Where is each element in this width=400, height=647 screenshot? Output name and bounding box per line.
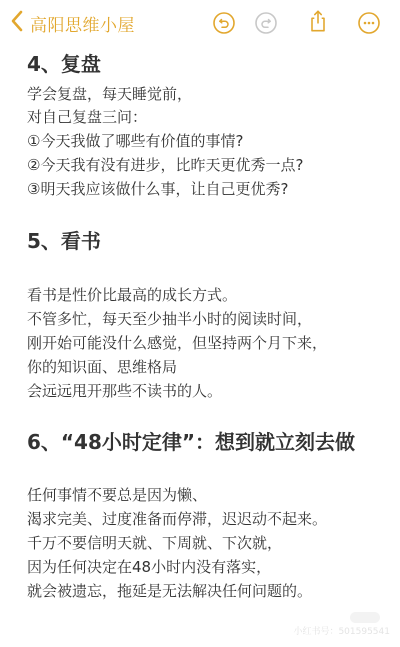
note-line: 就会被遗忘，拖延是无法解决任何问题的。 [27, 580, 312, 601]
section-heading: 4、复盘 [27, 48, 101, 77]
note-line: 会远远甩开那些不读书的人。 [27, 380, 222, 401]
note-line: ①今天我做了哪些有价值的事情? [27, 130, 243, 151]
note-line: 渴求完美、过度准备而停滞，迟迟动不起来。 [27, 508, 327, 529]
section-heading: 6、“48小时定律”：想到就立刻去做 [27, 426, 355, 455]
navigation-bar: 高阳思维小屋 [0, 0, 400, 46]
note-line: 因为任何决定在48小时内没有落实， [27, 556, 271, 577]
more-icon[interactable] [357, 11, 381, 35]
chevron-left-icon [10, 10, 24, 36]
note-line: 不管多忙，每天至少抽半小时的阅读时间， [27, 308, 312, 329]
note-line: 千万不要信明天就、下周就、下次就， [27, 532, 282, 553]
note-line: ③明天我应该做什么事，让自己更优秀? [27, 178, 288, 199]
share-icon[interactable] [306, 9, 330, 33]
watermark: 小红书号：501595541 [293, 624, 390, 637]
redo-icon[interactable] [254, 11, 278, 35]
back-button[interactable]: 高阳思维小屋 [10, 10, 135, 36]
note-line: 刚开始可能没什么感觉，但坚持两个月下来， [27, 332, 327, 353]
note-line: 学会复盘，每天睡觉前， [27, 83, 192, 104]
note-line: 任何事情不要总是因为懒、 [27, 484, 207, 505]
back-label: 高阳思维小屋 [30, 11, 135, 36]
note-line: 看书是性价比最高的成长方式。 [27, 284, 237, 305]
watermark-logo [350, 612, 380, 623]
undo-icon[interactable] [212, 11, 236, 35]
section-heading: 5、看书 [27, 225, 101, 254]
note-line: 你的知识面、思维格局 [27, 356, 177, 377]
note-line: ②今天我有没有进步，比昨天更优秀一点? [27, 154, 303, 175]
note-line: 对自己复盘三问： [27, 106, 147, 127]
